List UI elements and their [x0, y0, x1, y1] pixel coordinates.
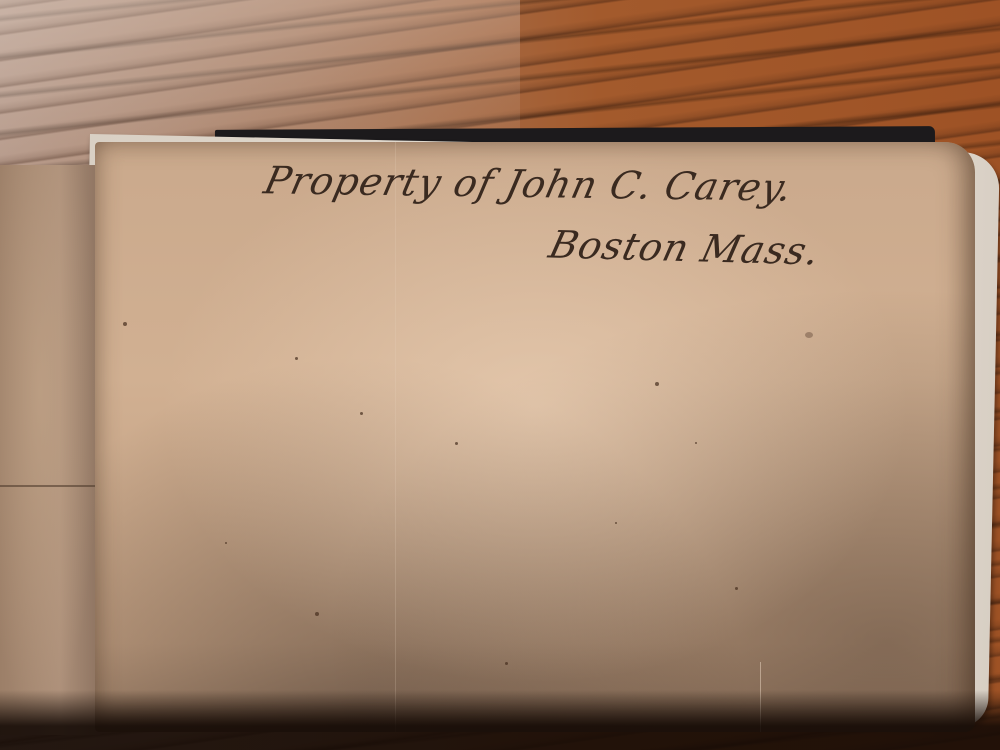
bottom-shadow [0, 690, 1000, 750]
speckle [455, 442, 458, 445]
speckle [695, 442, 697, 444]
speckle [360, 412, 363, 415]
speckle [123, 322, 127, 326]
speckle [655, 382, 659, 386]
page-crease [395, 142, 396, 732]
inscription-page: Property of John C. Carey. Boston Mass. [95, 142, 975, 732]
speckle [225, 542, 227, 544]
speckle [295, 357, 298, 360]
speckle [315, 612, 319, 616]
speckle [615, 522, 617, 524]
speckle [735, 587, 738, 590]
speckle [505, 662, 508, 665]
inscription-city: Boston Mass. [545, 223, 825, 274]
inscription-owner: Property of John C. Carey. [260, 158, 797, 209]
booklet-left-flap [0, 165, 100, 735]
speckle [805, 332, 813, 338]
